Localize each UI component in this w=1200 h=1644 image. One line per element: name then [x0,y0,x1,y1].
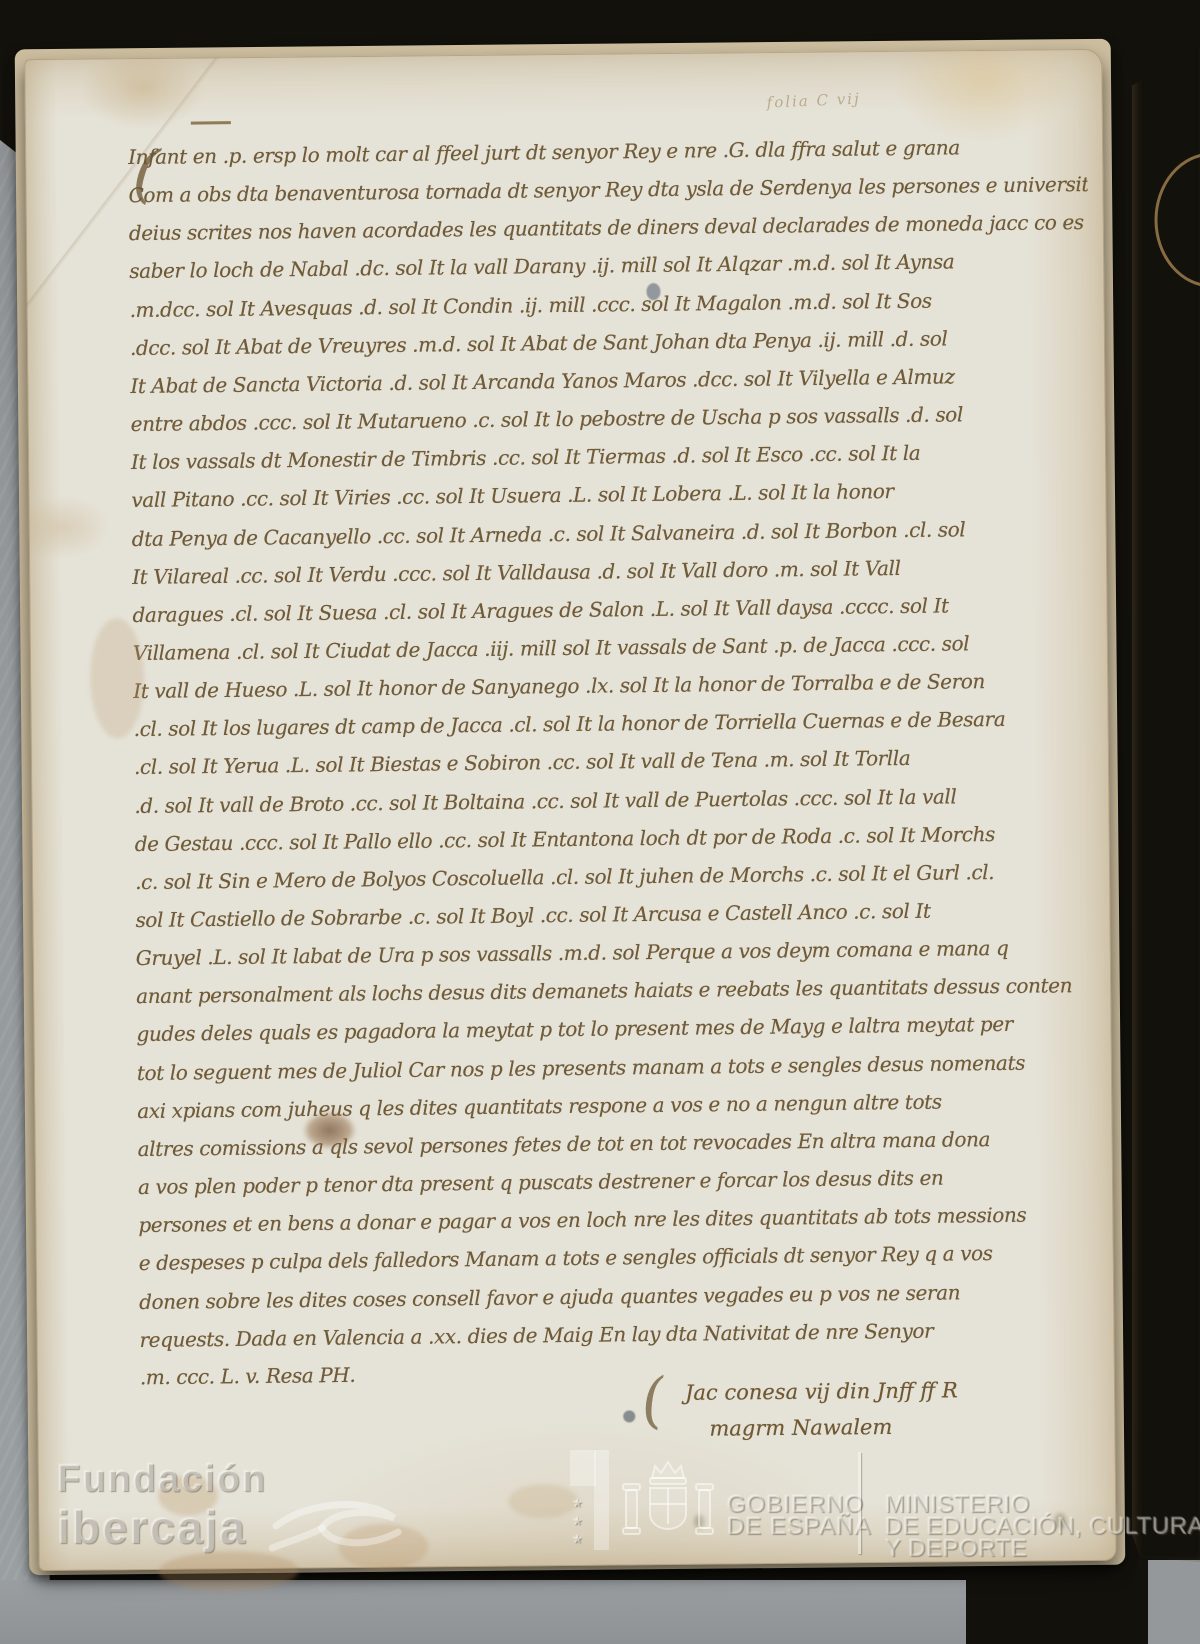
manuscript-line: vall Pitano .cc. sol It Viries .cc. sol … [131,481,893,510]
spain-coat-of-arms-icon [616,1458,720,1556]
manuscript-line: gudes deles quals es pagadora la meytat … [136,1014,1013,1044]
gray-spot [623,1410,635,1422]
ministerio-watermark: MINISTERIO DE EDUCACIÓN, CULTURA Y DEPOR… [885,1494,1200,1560]
manuscript-line: e despeses p culpa dels falledors Manam … [139,1243,993,1273]
signature-paraph: ( [639,1370,667,1432]
manuscript-page: folia C vij ( Infant en .p. ersp lo molt… [24,49,1116,1571]
manuscript-line: Villamena .cl. sol It Ciudat de Jacca .i… [133,633,969,663]
manuscript-line: anant personalment als lochs desus dits … [136,975,1072,1006]
manuscript-line: donen sobre les dites coses consell favo… [139,1282,960,1312]
ink-circle-doodle [1132,110,1200,330]
swirl-icon [268,1492,408,1568]
manuscript-line: entre abdos .ccc. sol It Mutarueno .c. s… [131,404,963,434]
manuscript-line: saber lo loch de Nabal .dc. sol It la va… [129,252,954,282]
manuscript-text-block: Infant en .p. ersp lo molt car al ffeel … [24,49,1100,1571]
gray-backing-board-bottom [0,1580,966,1644]
flag-bar-icon: ★★★ [566,1450,612,1556]
manuscript-line: .c. sol It Sin e Mero de Bolyos Coscolue… [135,862,994,892]
gray-backing-board-corner [1148,1560,1200,1644]
manuscript-line: daragues .cl. sol It Suesa .cl. sol It A… [132,595,948,625]
flag-stars: ★★★ [572,1494,583,1548]
manuscript-line: It vall de Hueso .L. sol It honor de San… [133,671,985,701]
gray-spot [646,283,660,300]
manuscript-line: tot lo seguent mes de Juliol Car nos p l… [137,1052,1025,1082]
signature-line: Jac conesa vij din Jnff ff R [685,1380,958,1404]
gobierno-watermark: GOBIERNO DE ESPAÑA [727,1494,872,1538]
manuscript-line: deius scrites nos haven acordades les qu… [129,212,1084,243]
digitized-manuscript-photo: { "manuscript": { "paraph": "(", "margin… [0,0,1200,1644]
manuscript-line: axi xpians com juheus q les dites quanti… [137,1091,942,1120]
manuscript-line: a vos plen poder p tenor dta present q p… [138,1168,944,1197]
ibercaja-watermark-line1: Fundación [57,1460,267,1498]
manuscript-line: .dcc. sol It Abat de Vreuyres .m.d. sol … [130,328,948,358]
manuscript-line: It Vilareal .cc. sol It Verdu .ccc. sol … [132,558,901,587]
manuscript-line: It los vassals dt Monestir de Timbris .c… [131,443,920,472]
gobierno-line2: DE ESPAÑA [727,1516,872,1538]
manuscript-line: Gruyel .L. sol It labat de Ura p sos vas… [136,938,1009,968]
ibercaja-watermark-line2: ibercaja [57,1504,247,1550]
manuscript-line: Infant en .p. ersp lo molt car al ffeel … [128,137,960,167]
manuscript-line: sol It Castiello de Sobrarbe .c. sol It … [135,901,930,930]
flag-notch [570,1450,596,1486]
foxing-stain [90,618,145,739]
watermark-divider [858,1452,861,1554]
manuscript-line: persones et en bens a donar e pagar a vo… [138,1205,1026,1235]
manuscript-line: requests. Dada en Valencia a .xx. dies d… [139,1320,933,1349]
manuscript-line: dta Penya de Cacanyello .cc. sol It Arne… [132,519,966,549]
manuscript-line: .m. ccc. L. v. Resa PH. [140,1365,356,1388]
ministerio-line3: Y DEPORTE [885,1538,1200,1560]
flag-bar [594,1450,609,1550]
manuscript-line: .cl. sol It los lugares dt camp de Jacca… [134,709,1006,739]
manuscript-line: de Gestau .ccc. sol It Pallo ello .cc. s… [135,824,995,854]
manuscript-line: altres comissions a qls sevol persones f… [138,1129,991,1159]
manuscript-line: .d. sol It vall de Broto .cc. sol It Bol… [134,786,956,816]
manuscript-line: Com a obs dta benaventurosa tornada dt s… [128,174,1100,206]
manuscript-line: .m.dcc. sol It Avesquas .d. sol It Condi… [130,290,932,319]
manuscript-line: .cl. sol It Yerua .L. sol It Biestas e S… [134,748,911,777]
next-page-edge [1132,40,1200,1562]
manuscript-line: It Abat de Sancta Victoria .d. sol It Ar… [130,366,954,396]
signature-line: magrm Nawalem [709,1417,892,1440]
